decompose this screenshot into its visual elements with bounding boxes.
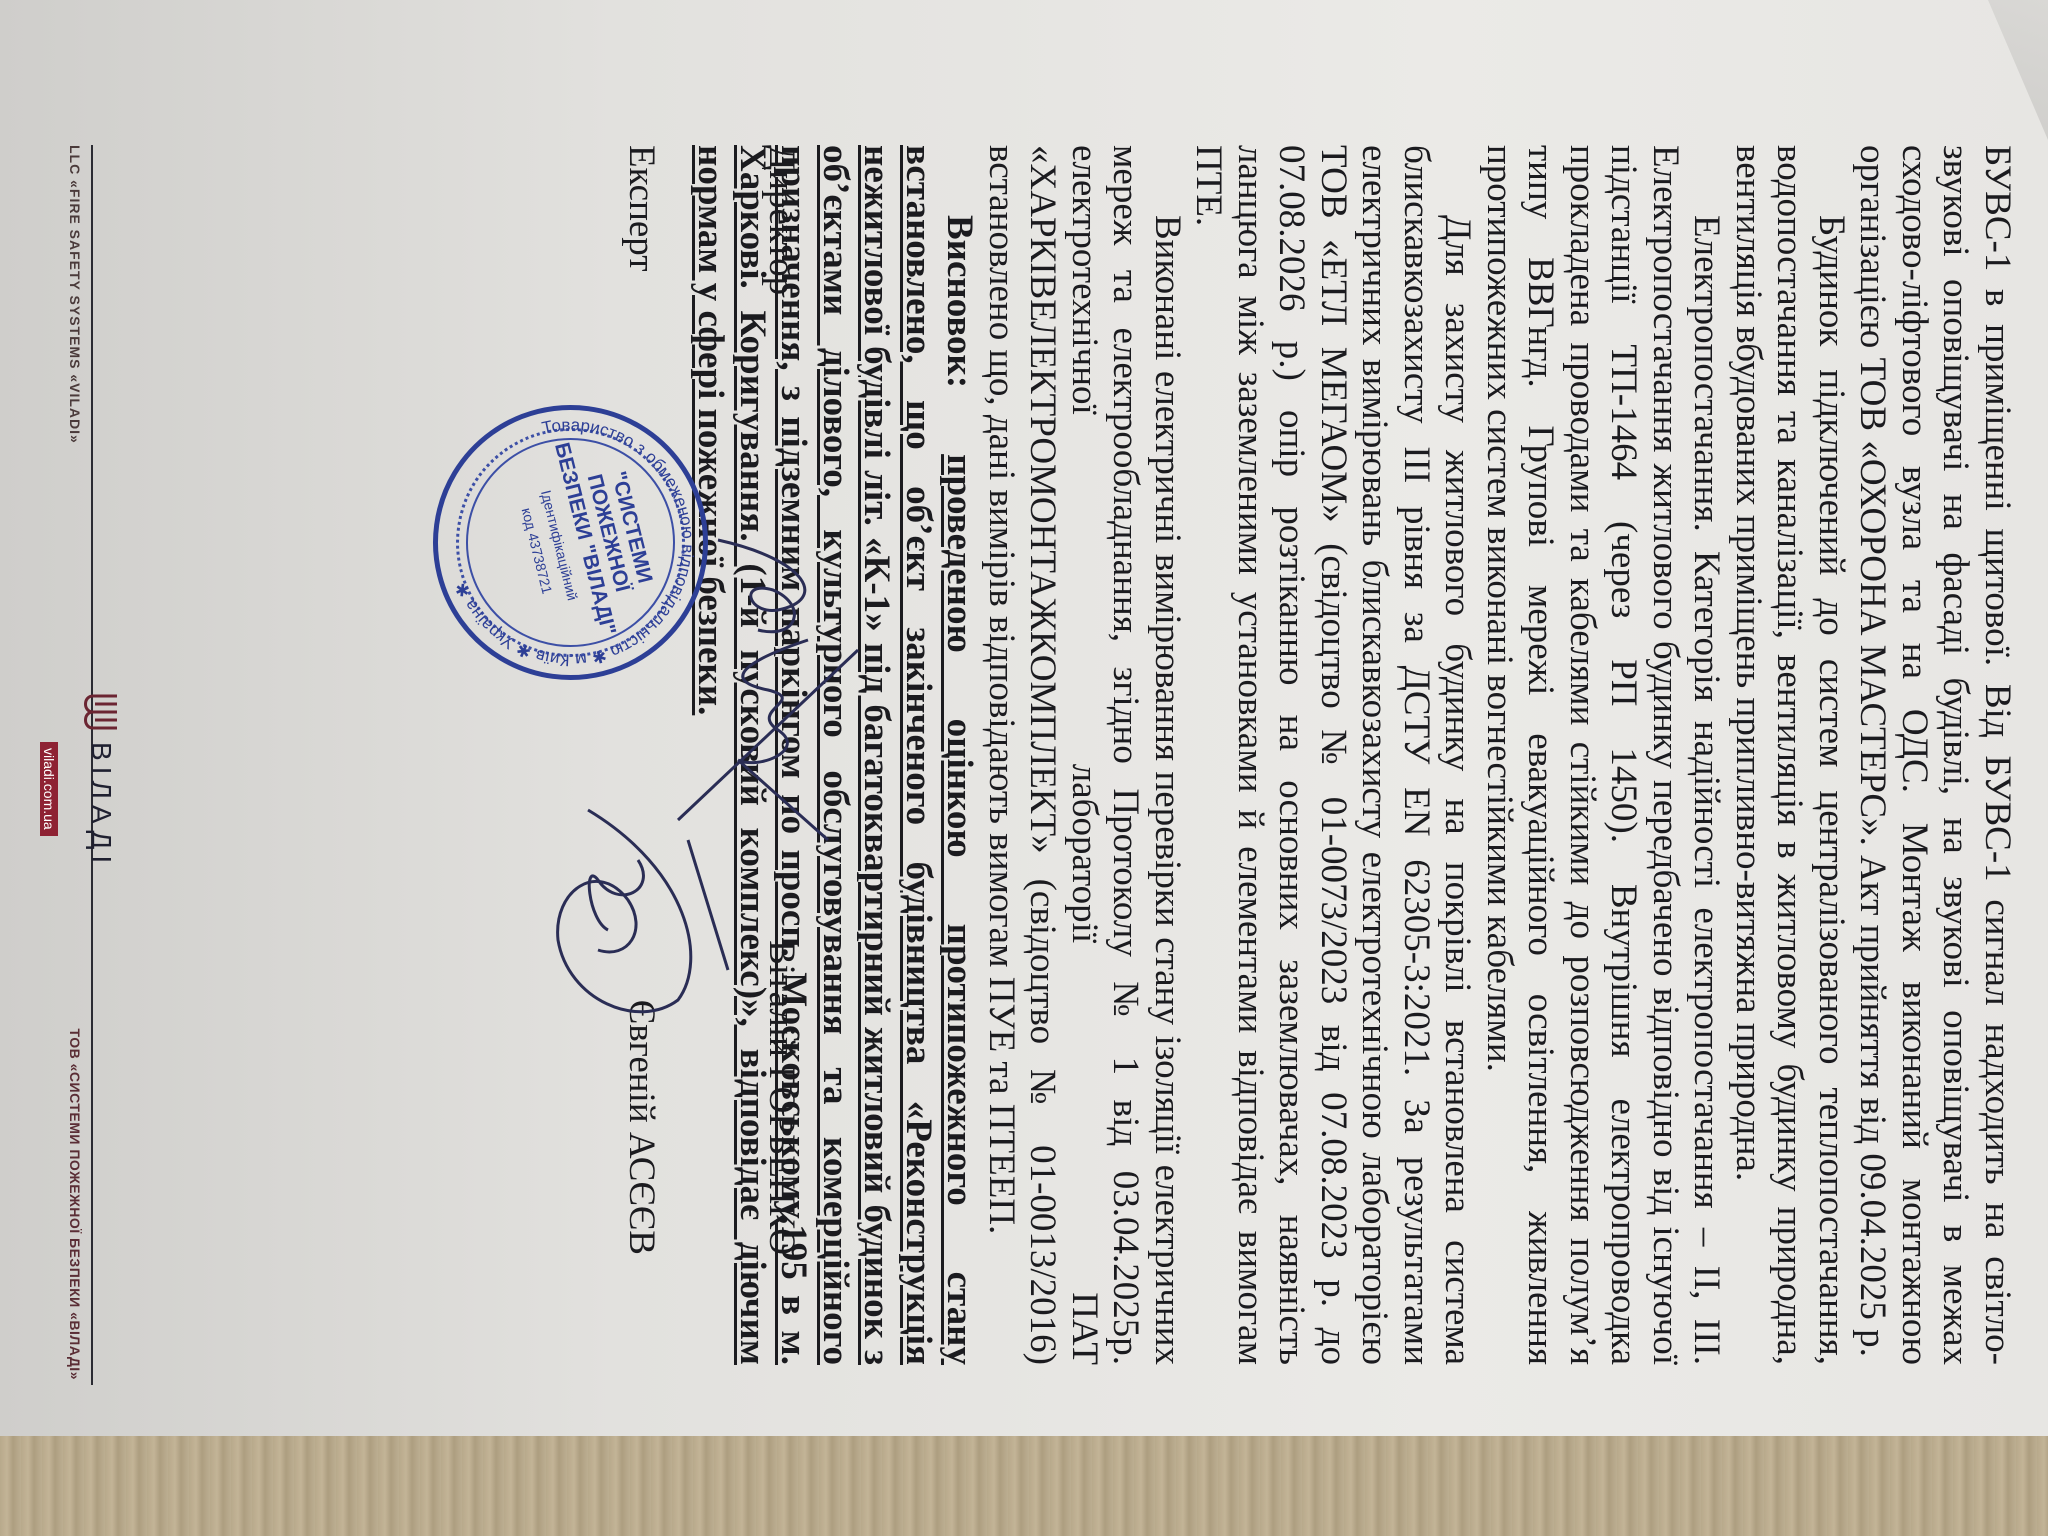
company-logo: ВІЛАДІ bbox=[79, 690, 123, 869]
paragraph-alarm: БУВС-1 в приміщенні щитової. Від БУВС-1 … bbox=[1852, 145, 2018, 1365]
director-role: Директор bbox=[760, 145, 803, 295]
document-body: БУВС-1 в приміщенні щитової. Від БУВС-1 … bbox=[690, 145, 2018, 1365]
paragraph-power-supply: Електропостачання. Категорія надійності … bbox=[1479, 145, 1728, 1365]
conclusion-label: Висновок: bbox=[940, 215, 981, 388]
wooden-table bbox=[0, 1436, 2048, 1536]
viladi-logo-icon bbox=[79, 690, 123, 734]
footer-company-english: LLC «FIRE SAFETY SYSTEMS «VILADI» bbox=[67, 145, 83, 444]
director-name: Віталій ГОРБЕНКО bbox=[760, 940, 803, 1255]
expert-name: Євгеній АСЄЄВ bbox=[620, 1000, 663, 1255]
paragraph-insulation-measurements: Виконані електричні вимірювання перевірк… bbox=[981, 145, 1189, 1365]
logo-wordmark: ВІЛАДІ bbox=[85, 742, 117, 869]
website-link[interactable]: viladi.com.ua bbox=[40, 742, 58, 836]
expert-signature bbox=[538, 800, 748, 1030]
footer-company-ukrainian: ТОВ «СИСТЕМИ ПОЖЕЖНОЇ БЕЗПЕКИ «ВІЛАДІ» bbox=[67, 1029, 83, 1380]
expert-role: Експерт bbox=[620, 145, 663, 271]
paragraph-utilities: Будинок підключений до систем централізо… bbox=[1728, 145, 1853, 1365]
paragraph-lightning-protection: Для захисту житлового будинку на покрівл… bbox=[1188, 145, 1479, 1365]
document-page: БУВС-1 в приміщенні щитової. Від БУВС-1 … bbox=[0, 0, 2048, 1440]
